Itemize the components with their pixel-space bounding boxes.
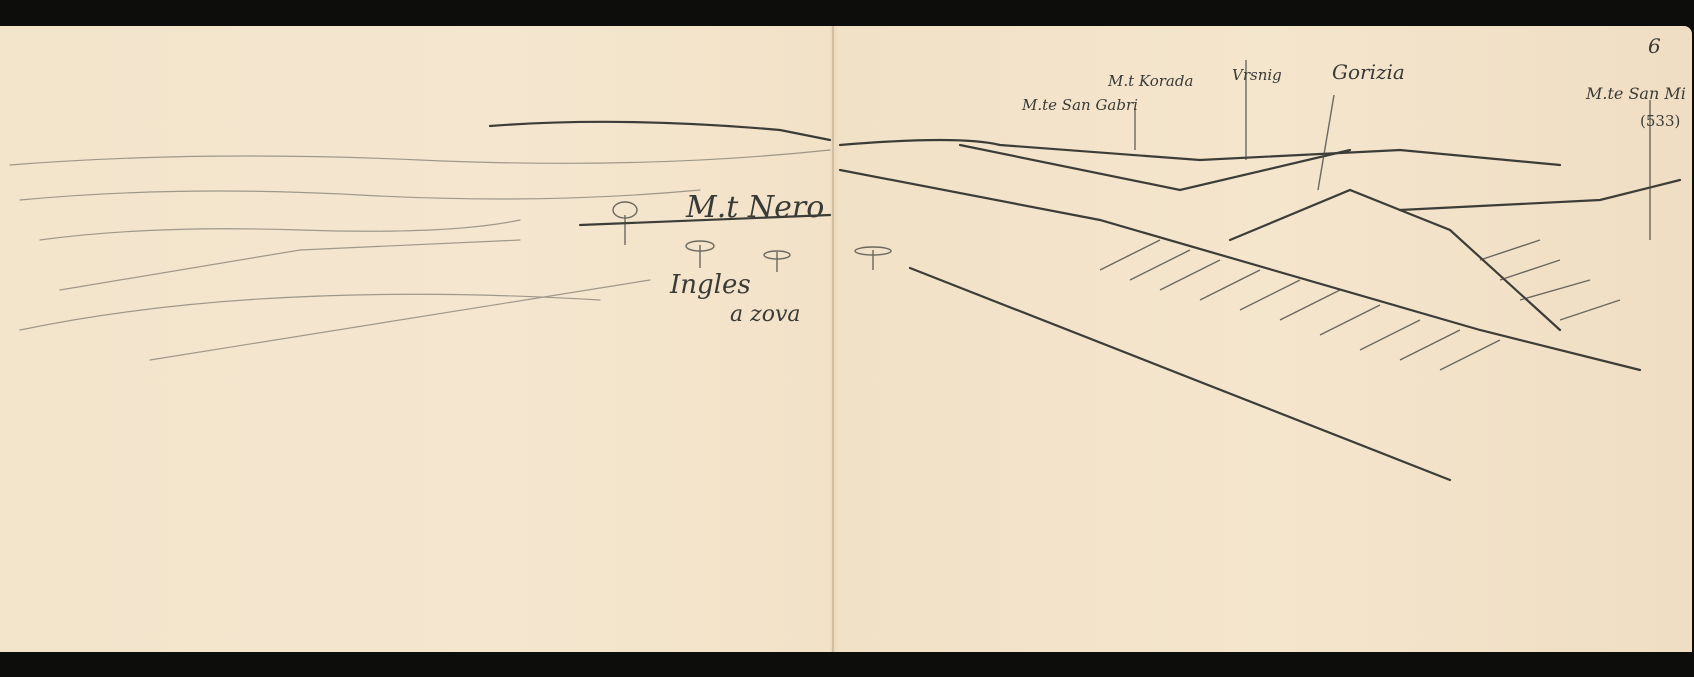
pencil-landscape-sketch [0, 0, 1694, 677]
annotation-san-michele: M.te San Mi [1586, 84, 1686, 103]
annotation-ingles: Ingles [670, 270, 751, 300]
annotation-san-gabriele: M.te San Gabri [1022, 96, 1138, 114]
annotation-elevation: (533) [1640, 112, 1680, 130]
annotation-gorizia: Gorizia [1332, 60, 1405, 84]
annotation-korada: M.t Korada [1108, 72, 1193, 90]
annotation-a-zova: a zova [730, 302, 801, 327]
annotation-monte-nero: M.t Nero [686, 190, 824, 225]
page-number: 6 [1648, 34, 1661, 58]
annotation-vrsnig: Vrsnig [1232, 66, 1282, 84]
